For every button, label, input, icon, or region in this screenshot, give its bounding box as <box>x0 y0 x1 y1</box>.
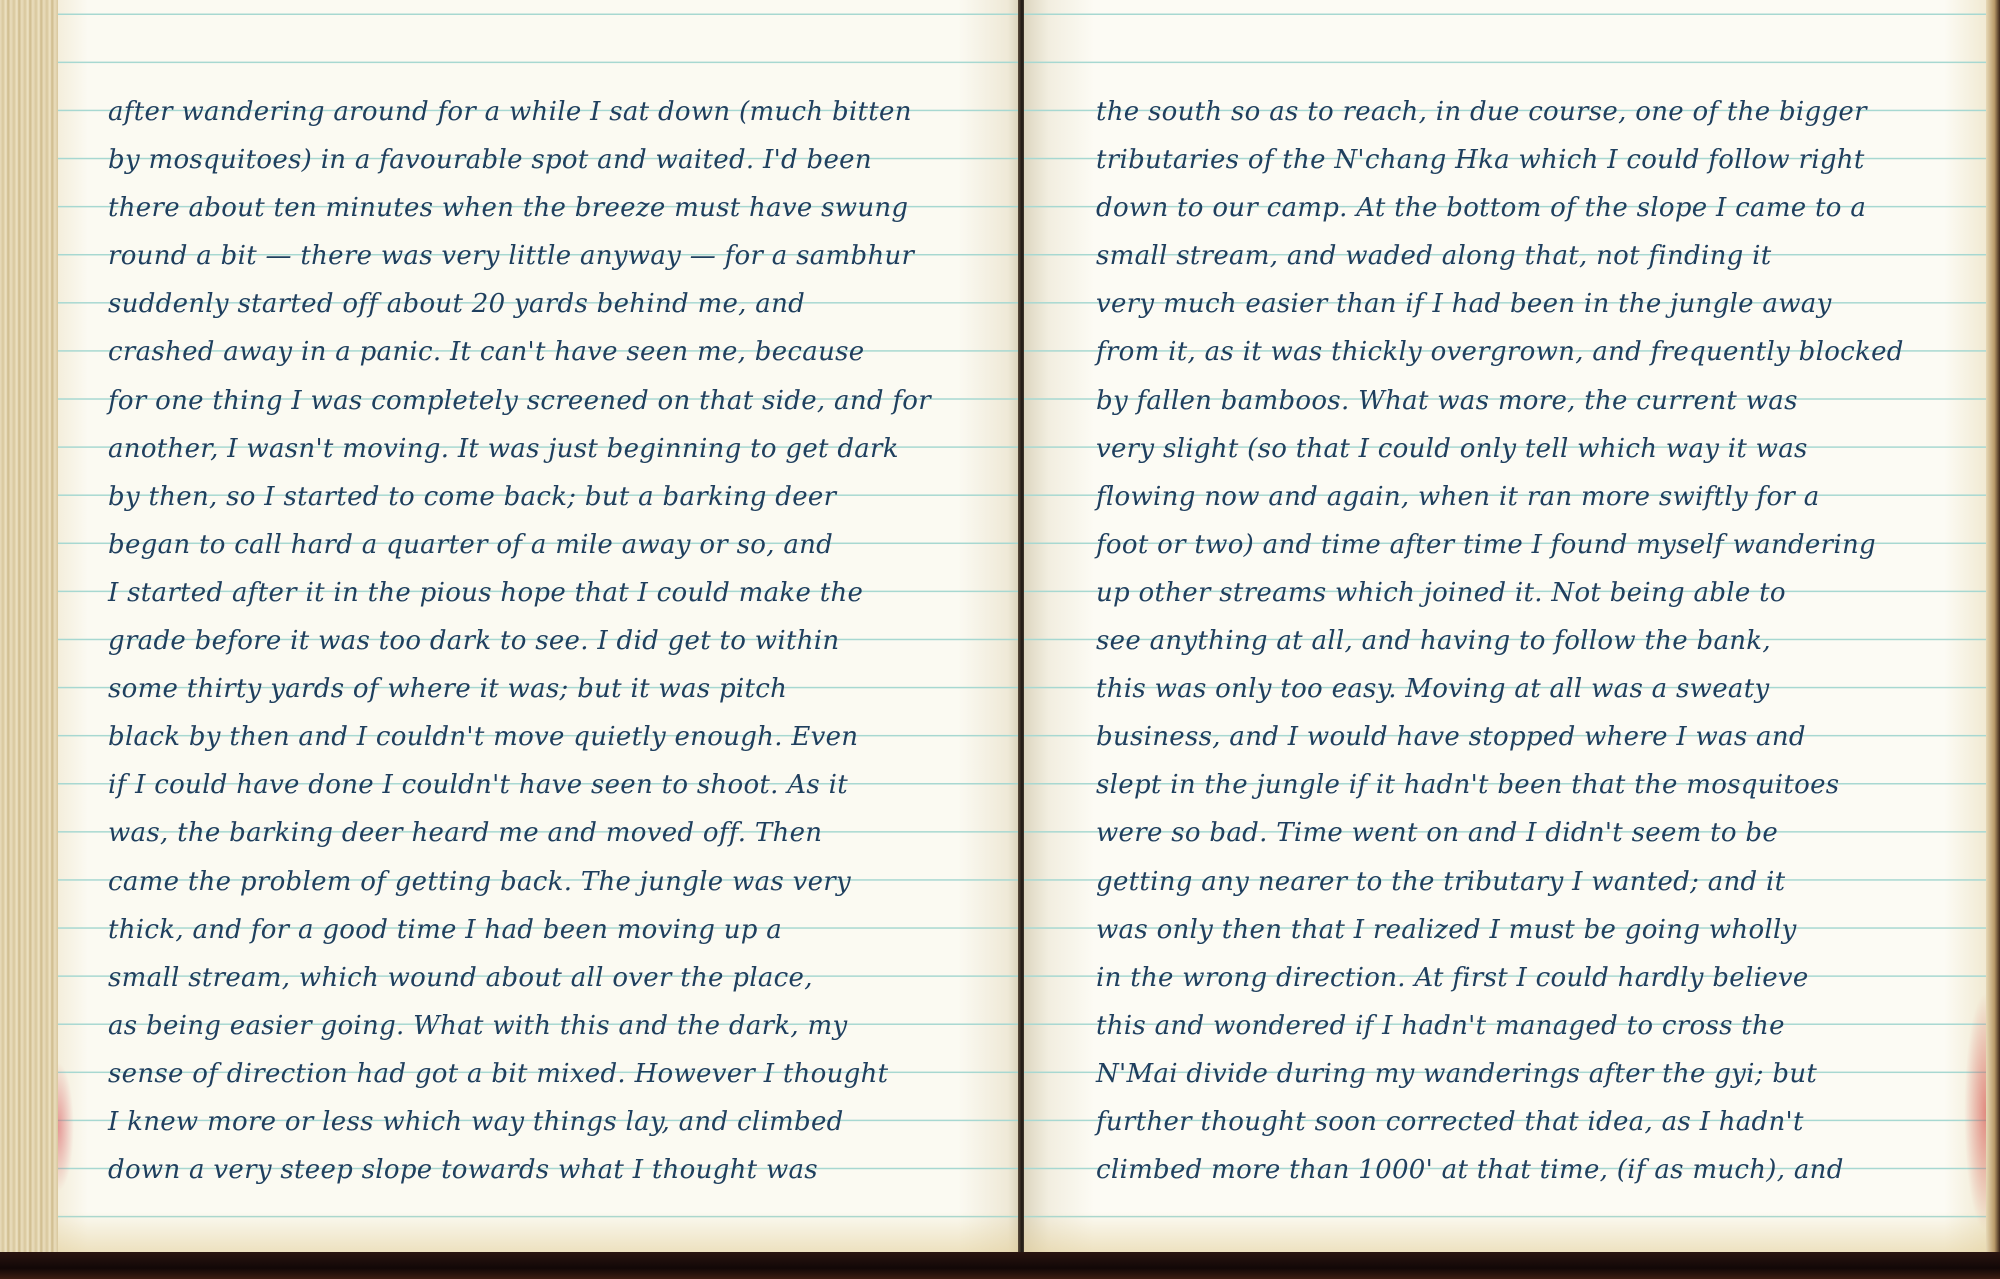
text-line: was, the barking deer heard me and moved… <box>108 809 1020 857</box>
text-line: were so bad. Time went on and I didn't s… <box>1096 809 1986 857</box>
text-line: I started after it in the pious hope tha… <box>108 569 1020 617</box>
text-line: very slight (so that I could only tell w… <box>1096 425 1986 473</box>
text-line: by then, so I started to come back; but … <box>108 473 1020 521</box>
text-line: further thought soon corrected that idea… <box>1096 1098 1986 1146</box>
text-line: for one thing I was completely screened … <box>108 377 1020 425</box>
text-line: after wandering around for a while I sat… <box>108 88 1020 136</box>
text-line: as being easier going. What with this an… <box>108 1002 1020 1050</box>
text-line: slept in the jungle if it hadn't been th… <box>1096 761 1986 809</box>
text-line: see anything at all, and having to follo… <box>1096 617 1986 665</box>
text-line: climbed more than 1000' at that time, (i… <box>1096 1146 1986 1194</box>
text-line: the south so as to reach, in due course,… <box>1096 88 1986 136</box>
text-line: down to our camp. At the bottom of the s… <box>1096 184 1986 232</box>
text-line: foot or two) and time after time I found… <box>1096 521 1986 569</box>
text-line: sense of direction had got a bit mixed. … <box>108 1050 1020 1098</box>
text-line: very much easier than if I had been in t… <box>1096 280 1986 328</box>
handwritten-text-left: after wandering around for a while I sat… <box>58 88 1020 1194</box>
text-line: in the wrong direction. At first I could… <box>1096 954 1986 1002</box>
right-page: the south so as to reach, in due course,… <box>1024 0 1986 1252</box>
text-line: black by then and I couldn't move quietl… <box>108 713 1020 761</box>
book-cover-edge <box>0 1252 2000 1279</box>
notebook-spread: after wandering around for a while I sat… <box>0 0 2000 1252</box>
text-line: tributaries of the N'chang Hka which I c… <box>1096 136 1986 184</box>
text-line: round a bit — there was very little anyw… <box>108 232 1020 280</box>
text-line: thick, and for a good time I had been mo… <box>108 906 1020 954</box>
text-line: from it, as it was thickly overgrown, an… <box>1096 328 1986 376</box>
handwritten-text-right: the south so as to reach, in due course,… <box>1024 88 1986 1194</box>
text-line: getting any nearer to the tributary I wa… <box>1096 858 1986 906</box>
page-edges-right <box>1986 0 2000 1252</box>
text-line: down a very steep slope towards what I t… <box>108 1146 1020 1194</box>
text-line: by mosquitoes) in a favourable spot and … <box>108 136 1020 184</box>
text-line: came the problem of getting back. The ju… <box>108 858 1020 906</box>
page-edges-left <box>0 0 59 1252</box>
text-line: by fallen bamboos. What was more, the cu… <box>1096 377 1986 425</box>
text-line: business, and I would have stopped where… <box>1096 713 1986 761</box>
text-line: this and wondered if I hadn't managed to… <box>1096 1002 1986 1050</box>
text-line: this was only too easy. Moving at all wa… <box>1096 665 1986 713</box>
left-page: after wandering around for a while I sat… <box>58 0 1020 1252</box>
text-line: if I could have done I couldn't have see… <box>108 761 1020 809</box>
text-line: small stream, which wound about all over… <box>108 954 1020 1002</box>
text-line: was only then that I realized I must be … <box>1096 906 1986 954</box>
text-line: some thirty yards of where it was; but i… <box>108 665 1020 713</box>
text-line: small stream, and waded along that, not … <box>1096 232 1986 280</box>
text-line: N'Mai divide during my wanderings after … <box>1096 1050 1986 1098</box>
paper-foxing <box>58 1212 1020 1252</box>
text-line: another, I wasn't moving. It was just be… <box>108 425 1020 473</box>
text-line: flowing now and again, when it ran more … <box>1096 473 1986 521</box>
text-line: there about ten minutes when the breeze … <box>108 184 1020 232</box>
text-line: began to call hard a quarter of a mile a… <box>108 521 1020 569</box>
text-line: I knew more or less which way things lay… <box>108 1098 1020 1146</box>
text-line: up other streams which joined it. Not be… <box>1096 569 1986 617</box>
text-line: grade before it was too dark to see. I d… <box>108 617 1020 665</box>
text-line: suddenly started off about 20 yards behi… <box>108 280 1020 328</box>
text-line: crashed away in a panic. It can't have s… <box>108 328 1020 376</box>
paper-foxing <box>1024 1212 1986 1252</box>
